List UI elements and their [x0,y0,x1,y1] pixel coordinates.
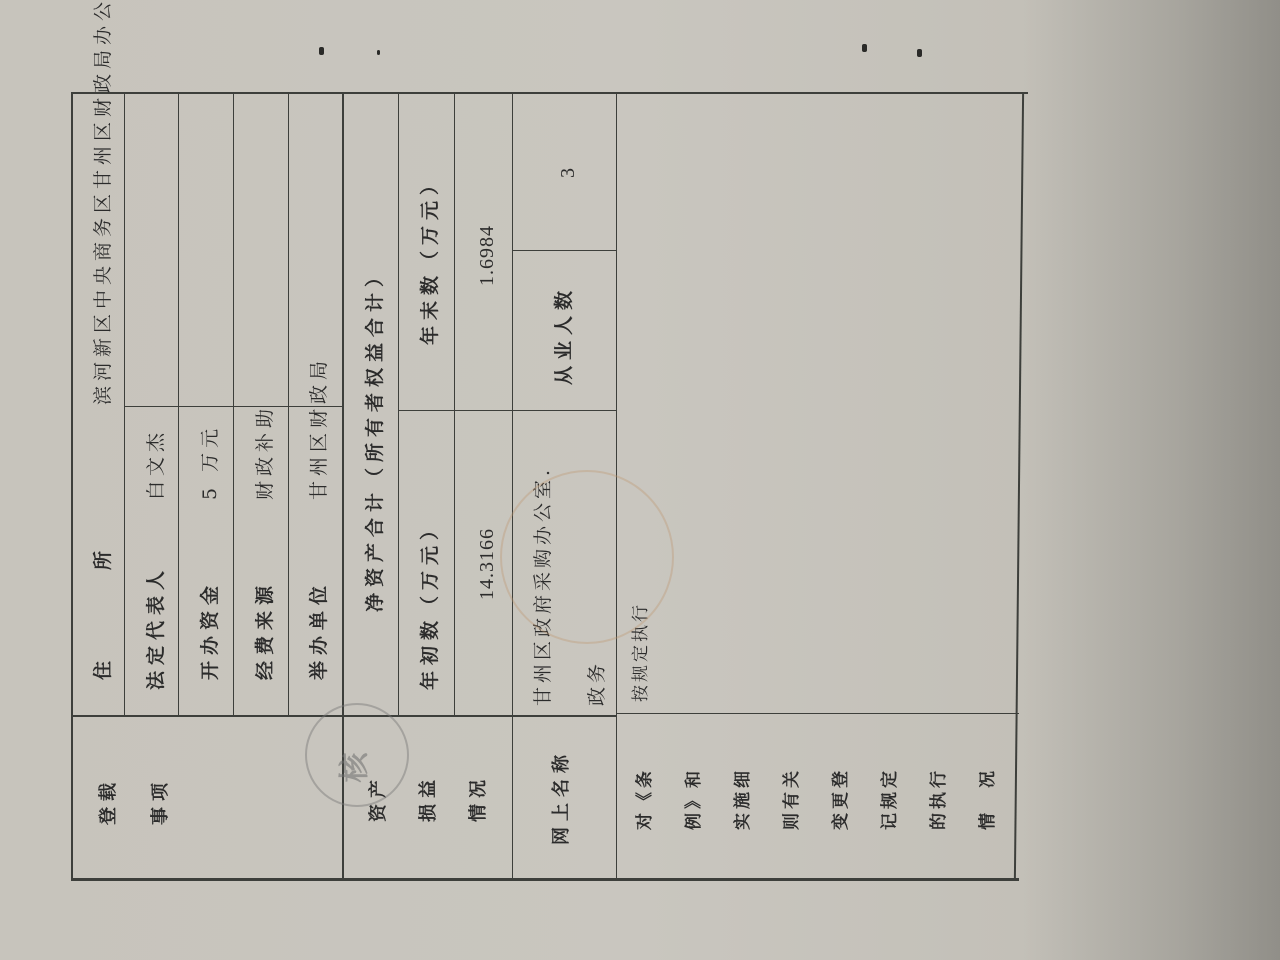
section-divider [512,92,513,880]
staple-hole [917,49,922,57]
start-capital-value: 5 万元 [201,424,220,500]
execution-label-line: 则有关 [784,767,801,830]
online-name-label: 网上名称 [553,749,571,845]
execution-label-line: 记规定 [882,767,899,830]
execution-label-line: 变更登 [833,767,850,830]
assets-label-2: 损益 [420,774,438,822]
legal-representative-label: 法定代表人 [147,565,166,690]
begin-year-label: 年初数（万元） [421,515,440,690]
page-shadow [1020,0,1280,960]
legal-representative-value: 白文杰 [147,428,166,500]
employees-value: 3 [558,167,578,178]
table-border-bottom [71,878,1019,881]
begin-year-value: 14.3166 [477,528,497,600]
row-divider [398,92,399,715]
sponsor-unit-value: 甘州区财政局 [310,356,329,500]
row-divider [124,92,125,715]
funding-source-value: 财政补助 [256,404,275,500]
row-divider [288,92,289,715]
execution-label-line: 情 况 [980,767,997,830]
execution-label-line: 实施细 [735,767,752,830]
end-year-value: 1.6984 [477,225,497,286]
table-border-top [71,92,1028,94]
end-year-label: 年末数（万元） [421,170,440,345]
staple-hole [377,50,380,55]
assets-label-3: 情况 [470,774,488,822]
execution-label-line: 例》和 [686,767,703,830]
staple-hole [862,44,867,52]
staple-hole [319,47,324,55]
address-label: 住 所 [94,515,113,680]
execution-label-line: 的执行 [931,767,948,830]
gray-approval-stamp: 核 [305,703,409,807]
sponsor-unit-label: 举办单位 [310,580,329,680]
registered-items-label-2: 事项 [152,777,170,825]
net-assets-header: 净资产合计（所有者权益合计） [366,262,385,612]
online-name-value-line2: 政务 [588,660,607,706]
table-border-left [71,92,73,880]
execution-divider [616,713,1019,714]
row-divider [233,92,234,715]
funding-source-label: 经费来源 [256,580,275,680]
execution-label-line: 对《条 [637,767,654,830]
row-divider [454,92,455,715]
faded-orange-seal [500,470,674,644]
online-name-divider [512,410,616,411]
registered-items-label-1: 登载 [100,777,118,825]
employees-label: 从业人数 [555,285,574,385]
address-value: 滨河新区中央商务区甘州区财政局办公楼 [94,0,113,405]
row-divider [178,92,179,715]
employees-divider [512,250,616,251]
start-capital-label: 开办资金 [201,580,220,680]
begin-end-divider [398,410,512,411]
